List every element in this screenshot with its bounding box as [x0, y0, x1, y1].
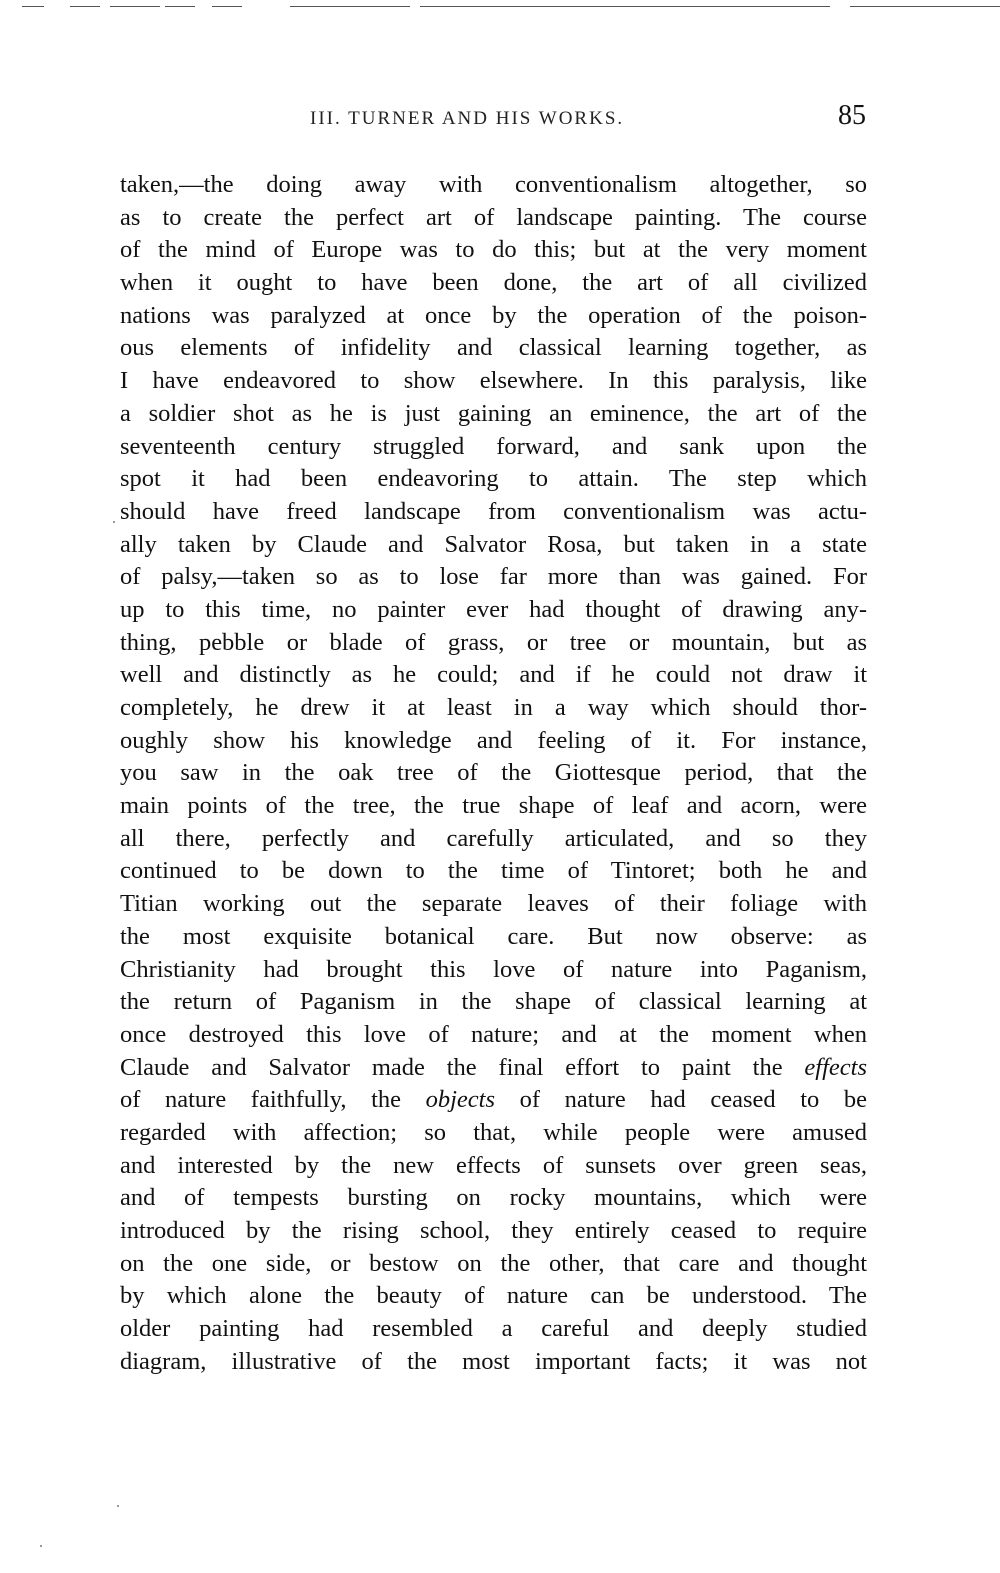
stray-mark — [113, 521, 115, 523]
text-line: oughly show his knowledge and feeling of… — [120, 725, 867, 758]
text-line: and of tempests bursting on rocky mounta… — [120, 1182, 867, 1215]
body-text: taken,—the doing away with conventionali… — [120, 169, 867, 1378]
scan-edge-artifact — [0, 4, 1000, 8]
text-line: seventeenth century struggled forward, a… — [120, 431, 867, 464]
text-line: taken,—the doing away with conventionali… — [120, 169, 867, 202]
emphasized-word: objects — [426, 1086, 495, 1113]
text-line: up to this time, no painter ever had tho… — [120, 594, 867, 627]
text-line: all there, perfectly and carefully artic… — [120, 823, 867, 856]
text-line: main points of the tree, the true shape … — [120, 790, 867, 823]
text-line: when it ought to have been done, the art… — [120, 267, 867, 300]
text-line: thing, pebble or blade of grass, or tree… — [120, 627, 867, 660]
text-line: older painting had resembled a careful a… — [120, 1313, 867, 1346]
stray-mark — [117, 1505, 119, 1507]
text-line: Christianity had brought this love of na… — [120, 954, 867, 987]
text-line: as to create the perfect art of landscap… — [120, 202, 867, 235]
text-line: regarded with affection; so that, while … — [120, 1117, 867, 1150]
stray-mark — [40, 1545, 42, 1547]
text-line: continued to be down to the time of Tint… — [120, 855, 867, 888]
text-line: I have endeavored to show elsewhere. In … — [120, 365, 867, 398]
text-line: Titian working out the separate leaves o… — [120, 888, 867, 921]
text-line: on the one side, or bestow on the other,… — [120, 1248, 867, 1281]
text-line: introduced by the rising school, they en… — [120, 1215, 867, 1248]
text-line: and interested by the new effects of sun… — [120, 1150, 867, 1183]
emphasized-word: effects — [804, 1054, 867, 1081]
text-line: diagram, illustrative of the most import… — [120, 1346, 867, 1379]
text-line: of nature faithfully, the objects of nat… — [120, 1084, 867, 1117]
text-line: ous elements of infidelity and classical… — [120, 332, 867, 365]
running-title: III. TURNER AND HIS WORKS. — [310, 108, 624, 130]
text-line: spot it had been endeavoring to attain. … — [120, 463, 867, 496]
text-line: a soldier shot as he is just gaining an … — [120, 398, 867, 431]
text-line: Claude and Salvator made the final effor… — [120, 1052, 867, 1085]
page-number: 85 — [838, 100, 866, 132]
text-line: the return of Paganism in the shape of c… — [120, 986, 867, 1019]
text-line: nations was paralyzed at once by the ope… — [120, 300, 867, 333]
text-line: ally taken by Claude and Salvator Rosa, … — [120, 529, 867, 562]
text-line: the most exquisite botanical care. But n… — [120, 921, 867, 954]
text-line: once destroyed this love of nature; and … — [120, 1019, 867, 1052]
text-line: well and distinctly as he could; and if … — [120, 659, 867, 692]
text-line: of palsy,—taken so as to lose far more t… — [120, 561, 867, 594]
text-line: you saw in the oak tree of the Giottesqu… — [120, 757, 867, 790]
running-head: III. TURNER AND HIS WORKS. 85 — [110, 104, 870, 134]
text-line: should have freed landscape from convent… — [120, 496, 867, 529]
text-line: completely, he drew it at least in a way… — [120, 692, 867, 725]
text-line: of the mind of Europe was to do this; bu… — [120, 234, 867, 267]
text-line: by which alone the beauty of nature can … — [120, 1280, 867, 1313]
